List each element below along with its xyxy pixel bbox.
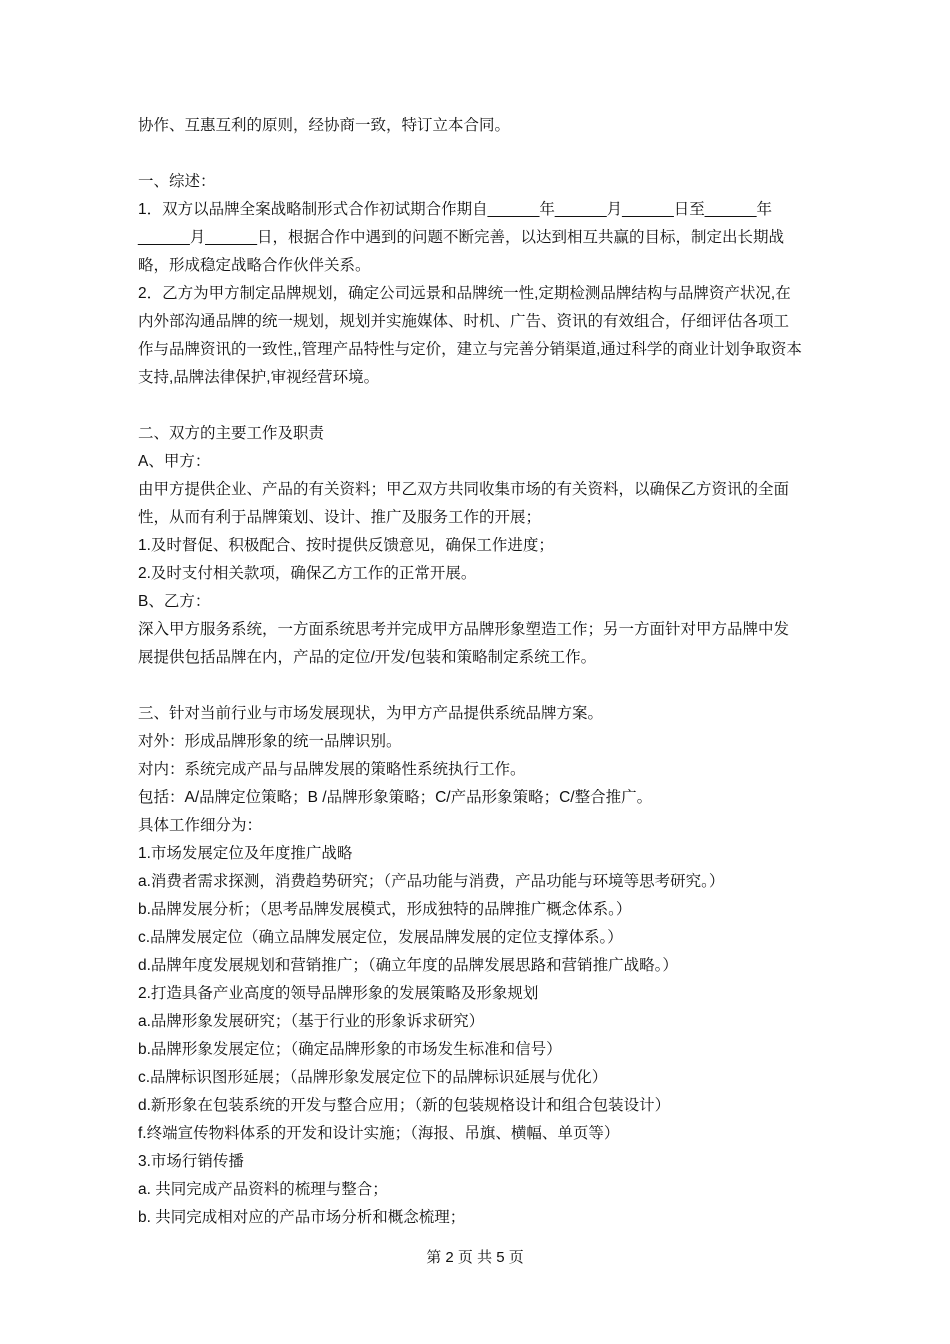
paragraph: 1．双方以品牌全案战略制形式合作初试期合作期自______年______月___… <box>138 196 804 280</box>
list-item: d.品牌年度发展规划和营销推广；（确立年度的品牌发展思路和营销推广战略。） <box>138 952 804 980</box>
paragraph-intro: 协作、互惠互利的原则，经协商一致，特订立本合同。 <box>138 112 804 140</box>
list-item: c.品牌标识图形延展；（品牌形象发展定位下的品牌标识延展与优化） <box>138 1064 804 1092</box>
subsection-label-party-a: A、甲方： <box>138 448 804 476</box>
list-item: 1.市场发展定位及年度推广战略 <box>138 840 804 868</box>
list-item: b.品牌发展分析；（思考品牌发展模式，形成独特的品牌推广概念体系。） <box>138 896 804 924</box>
list-item: a.消费者需求探测，消费趋势研究；（产品功能与消费，产品功能与环境等思考研究。） <box>138 868 804 896</box>
list-item: b.品牌形象发展定位；（确定品牌形象的市场发生标准和信号） <box>138 1036 804 1064</box>
list-item: b. 共同完成相对应的产品市场分析和概念梳理； <box>138 1204 804 1232</box>
paragraph: 对内：系统完成产品与品牌发展的策略性系统执行工作。 <box>138 756 804 784</box>
paragraph: 对外：形成品牌形象的统一品牌识别。 <box>138 728 804 756</box>
page-number-footer: 第 2 页 共 5 页 <box>0 1246 950 1270</box>
list-item: 2.打造具备产业高度的领导品牌形象的发展策略及形象规划 <box>138 980 804 1008</box>
paragraph: 由甲方提供企业、产品的有关资料；甲乙双方共同收集市场的有关资料，以确保乙方资讯的… <box>138 476 804 532</box>
section-heading-1: 一、综述： <box>138 168 804 196</box>
list-item: d.新形象在包装系统的开发与整合应用；（新的包装规格设计和组合包装设计） <box>138 1092 804 1120</box>
list-item: f.终端宣传物料体系的开发和设计实施；（海报、吊旗、横幅、单页等） <box>138 1120 804 1148</box>
paragraph: 1.及时督促、积极配合、按时提供反馈意见，确保工作进度； <box>138 532 804 560</box>
list-item: a.品牌形象发展研究；（基于行业的形象诉求研究） <box>138 1008 804 1036</box>
subsection-label-party-b: B、乙方： <box>138 588 804 616</box>
list-item: 3.市场行销传播 <box>138 1148 804 1176</box>
paragraph: 深入甲方服务系统，一方面系统思考并完成甲方品牌形象塑造工作；另一方面针对甲方品牌… <box>138 616 804 672</box>
blank-line <box>138 140 804 168</box>
blank-line <box>138 392 804 420</box>
paragraph: 2．乙方为甲方制定品牌规划，确定公司远景和品牌统一性,定期检测品牌结构与品牌资产… <box>138 280 804 392</box>
paragraph: 2.及时支付相关款项，确保乙方工作的正常开展。 <box>138 560 804 588</box>
contract-body: 协作、互惠互利的原则，经协商一致，特订立本合同。 一、综述： 1．双方以品牌全案… <box>138 112 804 1232</box>
list-item: a. 共同完成产品资料的梳理与整合； <box>138 1176 804 1204</box>
section-heading-3: 三、针对当前行业与市场发展现状，为甲方产品提供系统品牌方案。 <box>138 700 804 728</box>
list-item: c.品牌发展定位（确立品牌发展定位，发展品牌发展的定位支撑体系。） <box>138 924 804 952</box>
section-heading-2: 二、双方的主要工作及职责 <box>138 420 804 448</box>
document-page: 协作、互惠互利的原则，经协商一致，特订立本合同。 一、综述： 1．双方以品牌全案… <box>0 0 950 1344</box>
paragraph: 包括：A/品牌定位策略；B /品牌形象策略；C/产品形象策略；C/整合推广。 <box>138 784 804 812</box>
blank-line <box>138 672 804 700</box>
paragraph: 具体工作细分为： <box>138 812 804 840</box>
